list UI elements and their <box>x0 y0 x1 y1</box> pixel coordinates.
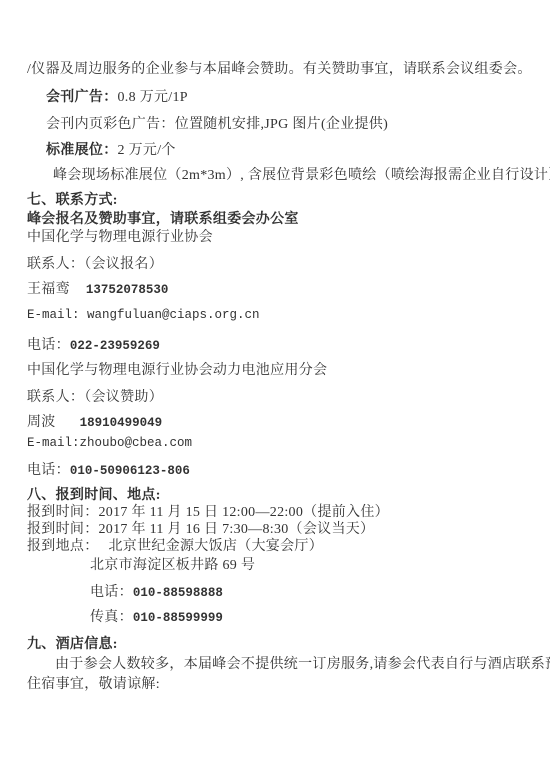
section9-heading: 九、酒店信息: <box>27 637 118 652</box>
contact2-tel-line: 电话：010-50906123-806 <box>27 463 190 479</box>
booth-price-line: 标准展位：2 万元/个 <box>46 143 176 158</box>
journal-ad-label: 会刊广告： <box>46 90 118 105</box>
booth-note-line: 峰会现场标准展位（2m*3m）, 含展位背景彩色喷绘（喷绘海报需企业自行设计） <box>53 168 550 183</box>
hotel-fax-label: 传真： <box>90 610 133 625</box>
hotel-info-body-line2: 住宿事宜，敬请谅解: <box>27 677 160 692</box>
contact2-role-line: 联系人：（会议赞助） <box>27 390 163 405</box>
contact2-name-line: 周波18910499049 <box>27 415 162 431</box>
contact1-tel-line: 电话：022-23959269 <box>27 338 160 354</box>
journal-ad-price-line: 会刊广告：0.8 万元/1P <box>46 90 188 105</box>
hotel-address-line: 北京市海淀区板井路 69 号 <box>90 558 255 573</box>
booth-value: 2 万元/个 <box>118 143 176 158</box>
org2-name: 中国化学与物理电源行业协会动力电池应用分会 <box>27 363 327 378</box>
contact1-tel-label: 电话： <box>27 338 70 353</box>
checkin-time1-line: 报到时间：2017 年 11 月 15 日 12:00—22:00（提前入住） <box>27 505 389 520</box>
hotel-fax-value: 010-88599999 <box>133 611 223 625</box>
contact1-tel-value: 022-23959269 <box>70 339 160 353</box>
section8-heading: 八、报到时间、地点: <box>27 488 161 503</box>
contact1-name-line: 王福鸾13752078530 <box>27 282 168 298</box>
contact2-name: 周波 <box>27 415 56 430</box>
intro-line: /仪器及周边服务的企业参与本届峰会赞助。有关赞助事宜，请联系会议组委会。 <box>27 62 532 77</box>
journal-ad-value: 0.8 万元/1P <box>118 90 188 105</box>
hotel-tel-line: 电话：010-88598888 <box>90 585 223 601</box>
hotel-fax-line: 传真：010-88599999 <box>90 610 223 626</box>
hotel-tel-label: 电话： <box>90 585 133 600</box>
org1-name: 中国化学与物理电源行业协会 <box>27 230 213 245</box>
contact1-email-line: E-mail: wangfuluan@ciaps.org.cn <box>27 308 260 323</box>
contact2-tel-value: 010-50906123-806 <box>70 464 190 478</box>
section7-heading: 七、联系方式: <box>27 193 118 208</box>
booth-label: 标准展位： <box>46 143 118 158</box>
contact1-mobile: 13752078530 <box>86 283 169 297</box>
checkin-time2-line: 报到时间：2017 年 11 月 16 日 7:30—8:30（会议当天） <box>27 522 374 537</box>
journal-ad-note-line: 会刊内页彩色广告：位置随机安排,JPG 图片(企业提供) <box>46 117 388 132</box>
checkin-place-value: 北京世纪金源大饭店（大宴会厅） <box>109 539 324 554</box>
checkin-place-line: 报到地点：北京世纪金源大饭店（大宴会厅） <box>27 539 323 554</box>
section7-note: 峰会报名及赞助事宜，请联系组委会办公室 <box>27 212 299 227</box>
contact1-name: 王福鸾 <box>27 282 70 297</box>
hotel-info-body-line1: 由于参会人数较多，本届峰会不提供统一订房服务,请参会代表自行与酒店联系预定 <box>55 657 550 672</box>
contact2-tel-label: 电话： <box>27 463 70 478</box>
checkin-place-label: 报到地点： <box>27 539 99 554</box>
document-page: /仪器及周边服务的企业参与本届峰会赞助。有关赞助事宜，请联系会议组委会。 会刊广… <box>0 0 550 770</box>
contact2-mobile: 18910499049 <box>80 416 163 430</box>
contact2-email-line: E-mail:zhoubo@cbea.com <box>27 436 192 451</box>
hotel-tel-value: 010-88598888 <box>133 586 223 600</box>
contact1-role-line: 联系人：（会议报名） <box>27 257 163 272</box>
